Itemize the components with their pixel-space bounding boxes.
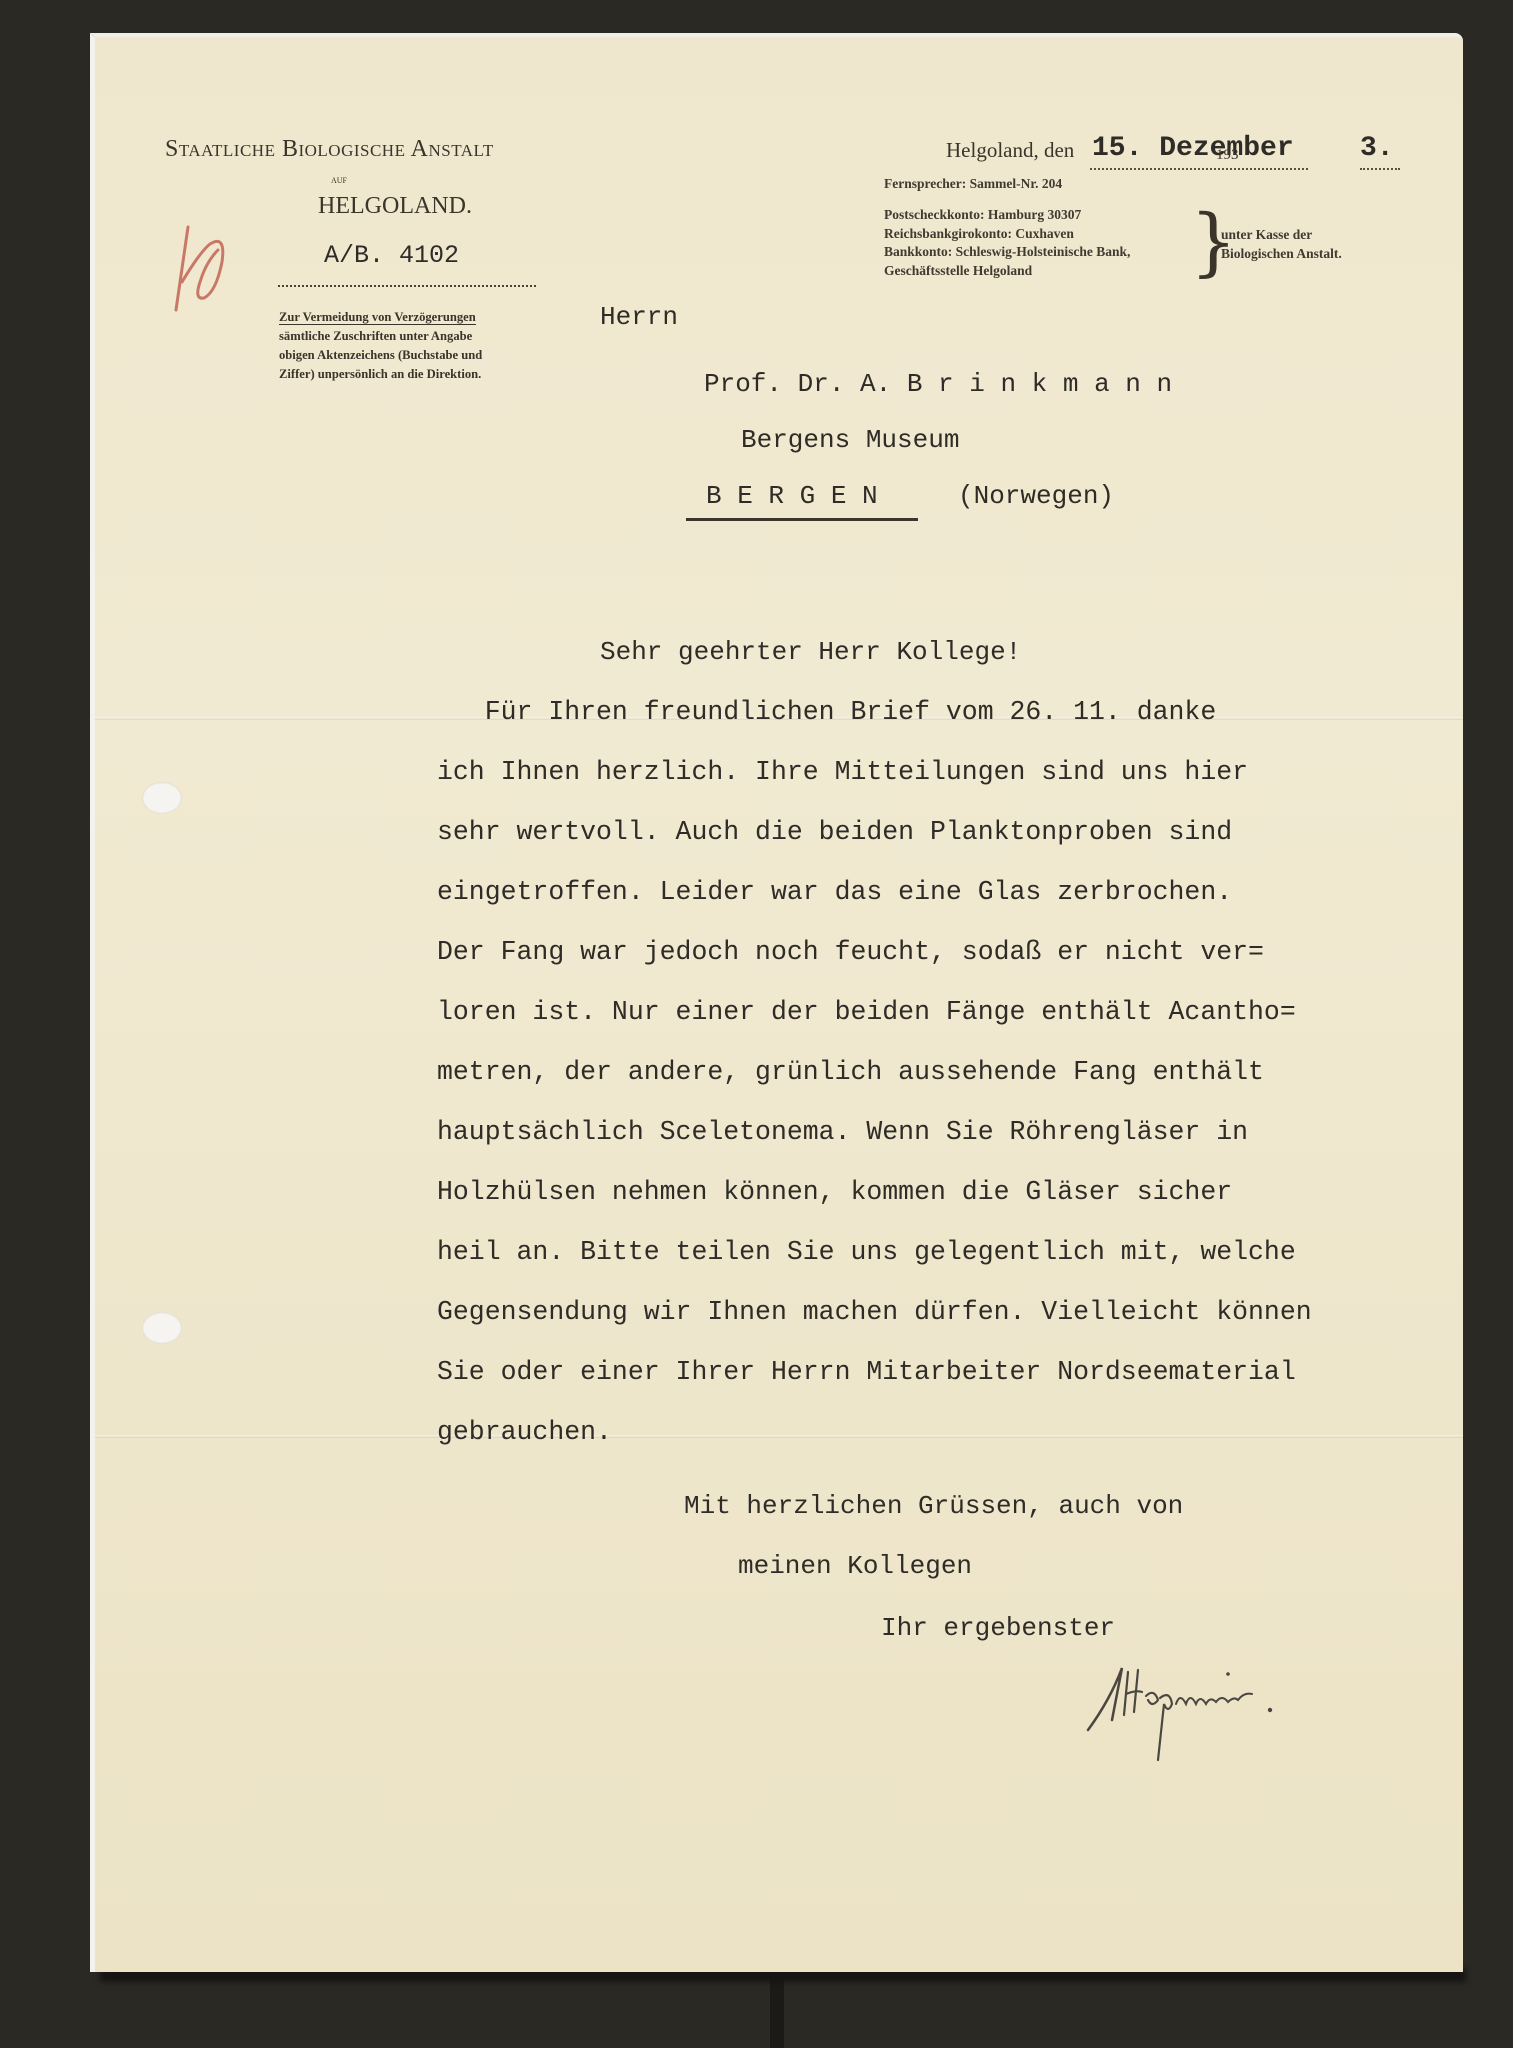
reference-notice: Zur Vermeidung von Verzögerungen sämtlic… bbox=[279, 308, 539, 384]
date-dotted-rule bbox=[1090, 168, 1308, 170]
account-line: Geschäftsstelle Helgoland bbox=[884, 262, 1130, 281]
phone-number: Fernsprecher: Sammel-Nr. 204 bbox=[884, 176, 1062, 192]
brace-icon: } bbox=[1190, 205, 1204, 283]
recipient-city: B E R G E N bbox=[706, 481, 878, 511]
notice-line: sämtliche Zuschriften unter Angabe bbox=[279, 327, 539, 346]
recipient-salutation: Herrn bbox=[600, 302, 678, 332]
institution-auf: auf bbox=[331, 172, 347, 187]
date-day-month: 15. Dezember bbox=[1092, 133, 1294, 164]
account-holder-line: Biologischen Anstalt. bbox=[1221, 245, 1342, 264]
body-line: heil an. Bitte teilen Sie uns gelegentli… bbox=[437, 1237, 1296, 1267]
account-holder: unter Kasse der Biologischen Anstalt. bbox=[1221, 226, 1342, 263]
city-underline bbox=[686, 518, 918, 521]
letter-greeting: Sehr geehrter Herr Kollege! bbox=[600, 637, 1021, 667]
notice-line: Zur Vermeidung von Verzögerungen bbox=[279, 310, 476, 325]
reference-dotted-rule bbox=[278, 285, 536, 287]
recipient-country: (Norwegen) bbox=[958, 481, 1114, 511]
date-year-printed: 193 bbox=[1216, 147, 1239, 164]
body-line: metren, der andere, grünlich aussehende … bbox=[437, 1057, 1264, 1087]
body-line: Sie oder einer Ihrer Herrn Mitarbeiter N… bbox=[437, 1357, 1296, 1387]
recipient-institution: Bergens Museum bbox=[741, 425, 959, 455]
body-line: ich Ihnen herzlich. Ihre Mitteilungen si… bbox=[437, 757, 1248, 787]
body-line: loren ist. Nur einer der beiden Fänge en… bbox=[437, 997, 1296, 1027]
body-line: gebrauchen. bbox=[437, 1417, 612, 1447]
fold-crease-bottom bbox=[95, 1435, 1463, 1438]
backdrop-seam bbox=[770, 1975, 784, 2048]
institution-name: Staatliche Biologische Anstalt bbox=[165, 136, 494, 163]
body-line: eingetroffen. Leider war das eine Glas z… bbox=[437, 877, 1232, 907]
year-dotted-rule bbox=[1360, 168, 1400, 170]
account-line: Postscheckkonto: Hamburg 30307 bbox=[884, 206, 1130, 225]
punch-hole-top bbox=[142, 782, 182, 814]
institution-place: HELGOLAND. bbox=[318, 193, 472, 220]
closing-line: Mit herzlichen Grüssen, auch von bbox=[684, 1491, 1183, 1521]
notice-line: Ziffer) unpersönlich an die Direktion. bbox=[279, 365, 539, 384]
body-line: Holzhülsen nehmen können, kommen die Glä… bbox=[437, 1177, 1232, 1207]
reference-number: A/B. 4102 bbox=[324, 241, 459, 270]
punch-hole-bottom bbox=[142, 1312, 182, 1344]
body-line: hauptsächlich Sceletonema. Wenn Sie Röhr… bbox=[437, 1117, 1248, 1147]
date-prefix: Helgoland, den bbox=[946, 138, 1074, 163]
body-line: Für Ihren freundlichen Brief vom 26. 11.… bbox=[437, 697, 1216, 727]
recipient-name: Prof. Dr. A. B r i n k m a n n bbox=[704, 369, 1172, 399]
closing-line: Ihr ergebenster bbox=[881, 1613, 1115, 1643]
account-line: Bankkonto: Schleswig-Holsteinische Bank, bbox=[884, 243, 1130, 262]
account-line: Reichsbankgirokonto: Cuxhaven bbox=[884, 225, 1130, 244]
body-line: Der Fang war jedoch noch feucht, sodaß e… bbox=[437, 937, 1264, 967]
bank-accounts: Postscheckkonto: Hamburg 30307 Reichsban… bbox=[884, 206, 1130, 280]
date-year-typed: 3. bbox=[1360, 133, 1394, 164]
handwritten-signature-icon: A. Hagmeier. bbox=[1080, 1660, 1340, 1770]
notice-line: obigen Aktenzeichens (Buchstabe und bbox=[279, 346, 539, 365]
body-line: sehr wertvoll. Auch die beiden Planktonp… bbox=[437, 817, 1232, 847]
closing-line: meinen Kollegen bbox=[738, 1551, 972, 1581]
body-line: Gegensendung wir Ihnen machen dürfen. Vi… bbox=[437, 1297, 1312, 1327]
red-pencil-mark-icon bbox=[170, 222, 240, 317]
account-holder-line: unter Kasse der bbox=[1221, 226, 1342, 245]
